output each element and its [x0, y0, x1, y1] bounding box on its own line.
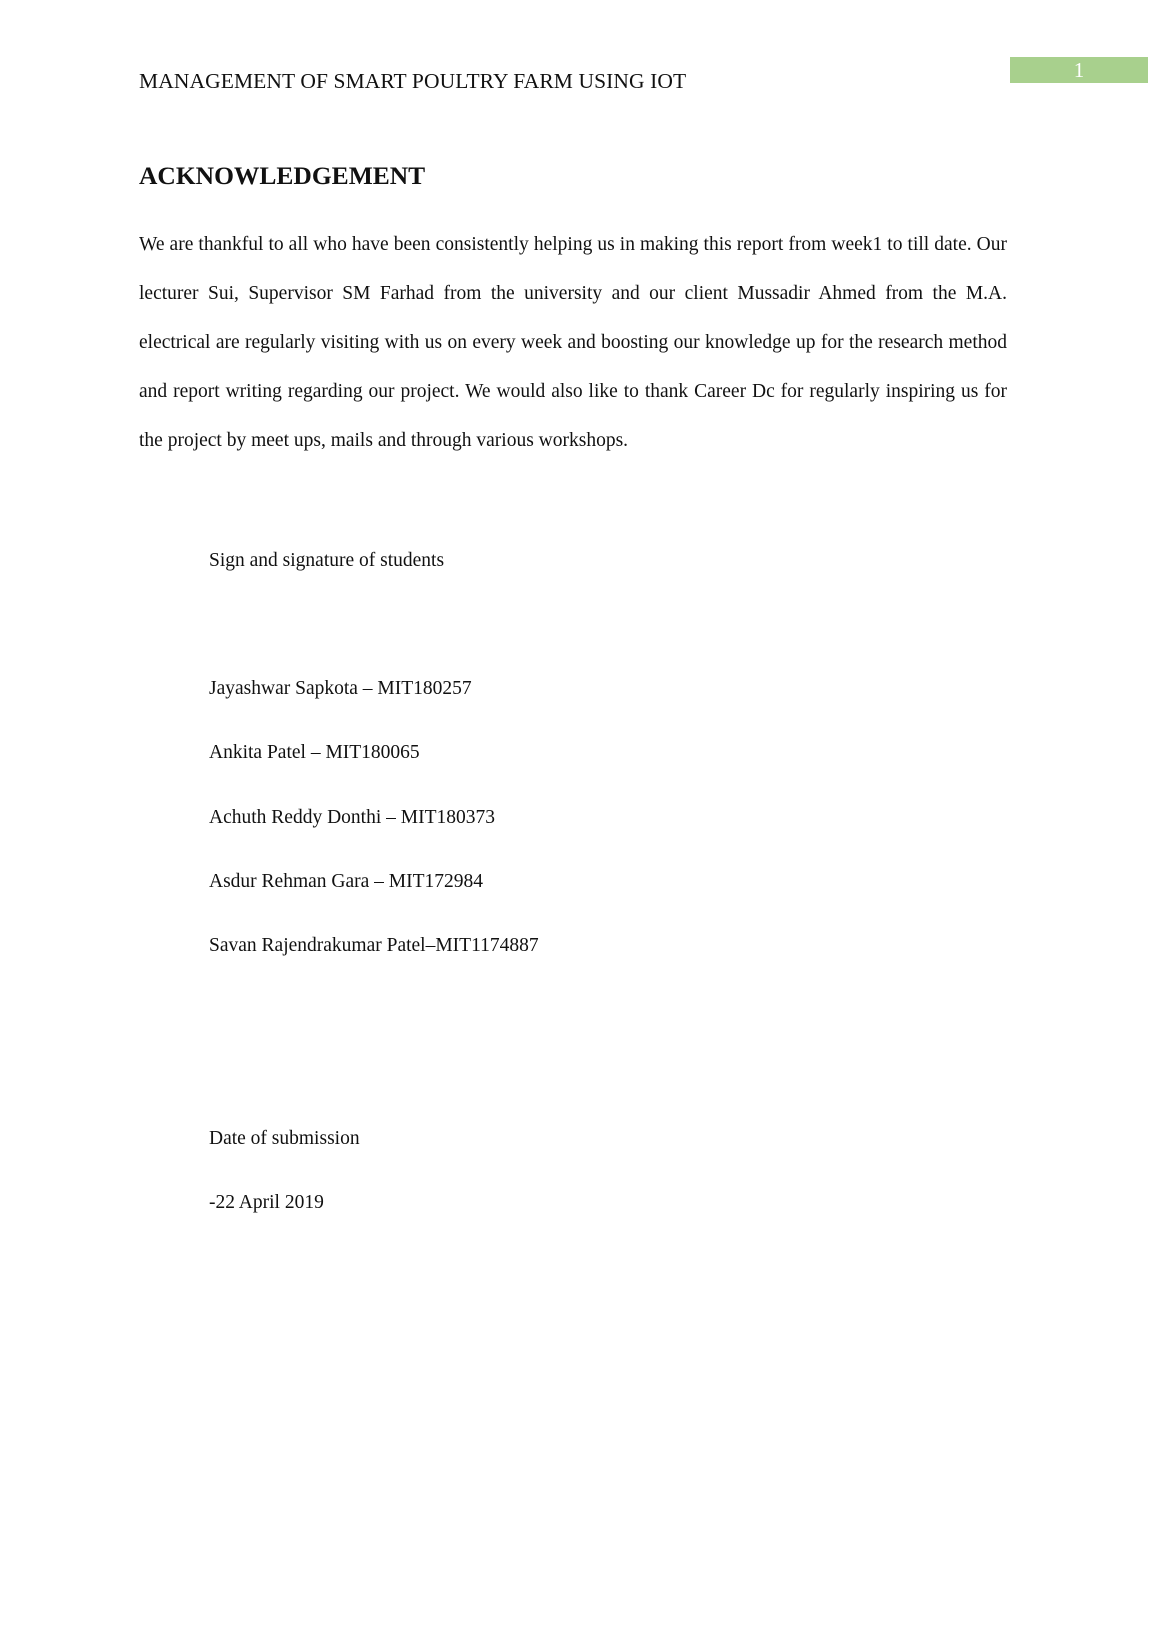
running-header: MANAGEMENT OF SMART POULTRY FARM USING I…: [139, 68, 686, 94]
student-entry: Achuth Reddy Donthi – MIT180373: [209, 805, 495, 831]
student-entry: Jayashwar Sapkota – MIT180257: [209, 676, 472, 702]
page-number-badge: 1: [1010, 57, 1148, 83]
student-entry: Ankita Patel – MIT180065: [209, 740, 420, 766]
student-entry: Savan Rajendrakumar Patel–MIT1174887: [209, 933, 539, 959]
student-entry: Asdur Rehman Gara – MIT172984: [209, 869, 483, 895]
submission-label: Date of submission: [209, 1126, 360, 1152]
section-heading: ACKNOWLEDGEMENT: [139, 160, 425, 192]
submission-date: -22 April 2019: [209, 1190, 324, 1216]
acknowledgement-paragraph: We are thankful to all who have been con…: [139, 220, 1007, 465]
signature-label: Sign and signature of students: [209, 548, 444, 574]
page-number: 1: [1074, 58, 1085, 82]
